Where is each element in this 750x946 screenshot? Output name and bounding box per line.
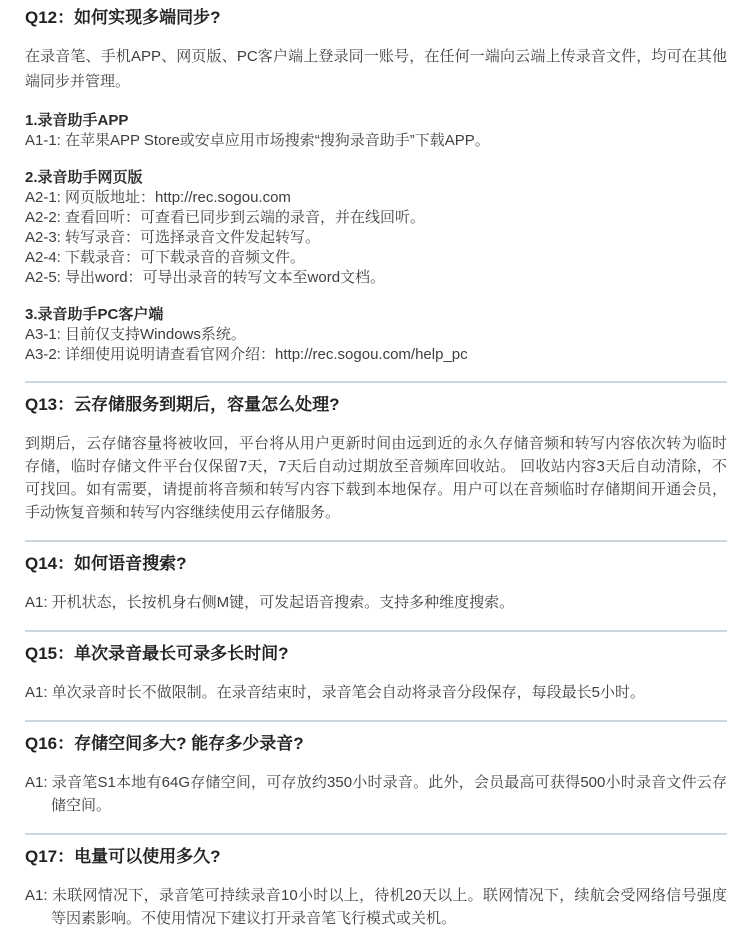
- faq-page: Q12：如何实现多端同步? 在录音笔、手机APP、网页版、PC客户端上登录同一账…: [0, 0, 750, 946]
- answer-line-a1-1: A1-1: 在苹果APP Store或安卓应用市场搜索“搜狗录音助手”下载APP…: [25, 131, 727, 151]
- q12-subsection-web: 2.录音助手网页版 A2-1: 网页版地址：http://rec.sogou.c…: [25, 168, 727, 288]
- question-title-q15: Q15：单次录音最长可录多长时间?: [25, 642, 727, 666]
- q12-subsection-app: 1.录音助手APP A1-1: 在苹果APP Store或安卓应用市场搜索“搜狗…: [25, 111, 727, 151]
- q15-answer-paragraph: A1: 单次录音时长不做限制。在录音结束时，录音笔会自动将录音分段保存，每段最长…: [25, 681, 727, 704]
- q12-subsection-app-heading: 1.录音助手APP: [25, 111, 727, 131]
- answer-line-a2-5: A2-5: 导出word：可导出录音的转写文本至word文档。: [25, 268, 727, 288]
- q12-subsection-pc: 3.录音助手PC客户端 A3-1: 目前仅支持Windows系统。 A3-2: …: [25, 305, 727, 365]
- question-title-q17: Q17：电量可以使用多久?: [25, 845, 727, 869]
- faq-section-q14: Q14：如何语音搜索? A1: 开机状态，长按机身右侧M键，可发起语音搜索。支持…: [25, 542, 727, 632]
- q12-subsection-web-heading: 2.录音助手网页版: [25, 168, 727, 188]
- q12-subsection-pc-heading: 3.录音助手PC客户端: [25, 305, 727, 325]
- question-title-q12: Q12：如何实现多端同步?: [25, 6, 727, 30]
- faq-section-q16: Q16：存储空间多大? 能存多少录音? A1: 录音笔S1本地有64G存储空间，…: [25, 722, 727, 835]
- faq-section-q12: Q12：如何实现多端同步? 在录音笔、手机APP、网页版、PC客户端上登录同一账…: [25, 0, 727, 383]
- question-title-q13: Q13：云存储服务到期后，容量怎么处理?: [25, 393, 727, 417]
- answer-line-a2-2: A2-2: 查看回听：可查看已同步到云端的录音，并在线回听。: [25, 208, 727, 228]
- question-title-q14: Q14：如何语音搜索?: [25, 552, 727, 576]
- faq-section-q15: Q15：单次录音最长可录多长时间? A1: 单次录音时长不做限制。在录音结束时，…: [25, 632, 727, 722]
- q14-answer-paragraph: A1: 开机状态，长按机身右侧M键，可发起语音搜索。支持多种维度搜索。: [25, 591, 727, 614]
- question-title-q16: Q16：存储空间多大? 能存多少录音?: [25, 732, 727, 756]
- q17-answer-paragraph: A1: 未联网情况下，录音笔可持续录音10小时以上，待机20天以上。联网情况下，…: [25, 884, 727, 930]
- faq-section-q17: Q17：电量可以使用多久? A1: 未联网情况下，录音笔可持续录音10小时以上，…: [25, 835, 727, 940]
- faq-section-q13: Q13：云存储服务到期后，容量怎么处理? 到期后，云存储容量将被收回，平台将从用…: [25, 383, 727, 542]
- answer-line-a3-1: A3-1: 目前仅支持Windows系统。: [25, 325, 727, 345]
- answer-line-a2-1: A2-1: 网页版地址：http://rec.sogou.com: [25, 188, 727, 208]
- q12-intro-paragraph: 在录音笔、手机APP、网页版、PC客户端上登录同一账号，在任何一端向云端上传录音…: [25, 44, 727, 94]
- answer-line-a2-4: A2-4: 下载录音：可下载录音的音频文件。: [25, 248, 727, 268]
- q13-answer-paragraph: 到期后，云存储容量将被收回，平台将从用户更新时间由远到近的永久存储音频和转写内容…: [25, 432, 727, 524]
- answer-line-a3-2: A3-2: 详细使用说明请查看官网介绍：http://rec.sogou.com…: [25, 345, 727, 365]
- answer-line-a2-3: A2-3: 转写录音：可选择录音文件发起转写。: [25, 228, 727, 248]
- q16-answer-paragraph: A1: 录音笔S1本地有64G存储空间，可存放约350小时录音。此外，会员最高可…: [25, 771, 727, 817]
